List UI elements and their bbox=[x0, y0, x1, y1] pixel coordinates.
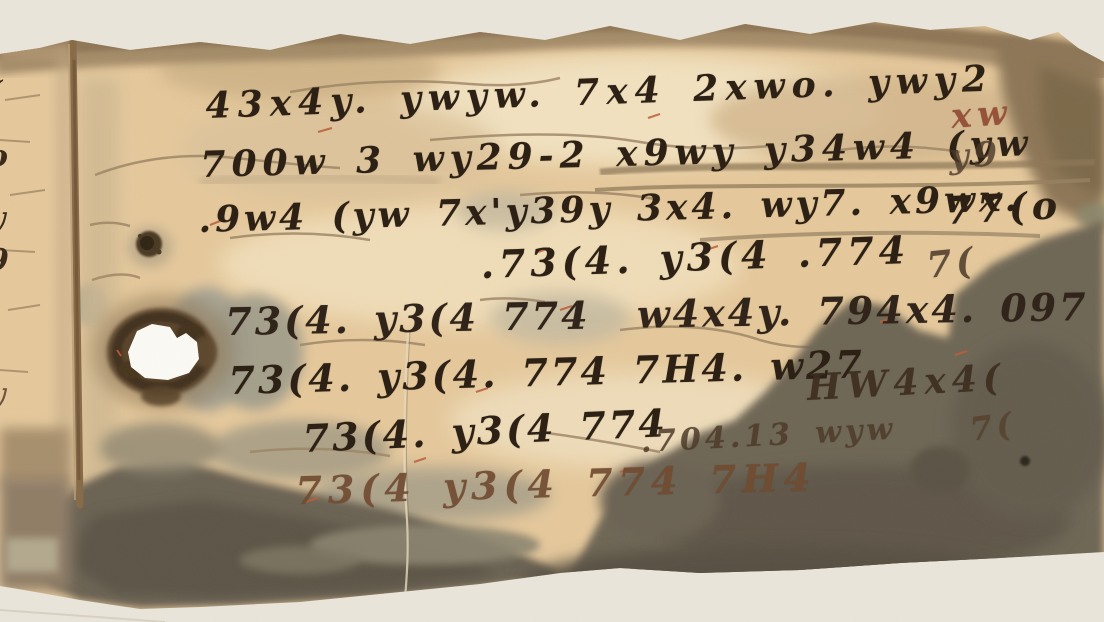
manuscript-scan: ( o y 9 y 43x4y. ywyw. 7x4 2xwo. ywy2 xw… bbox=[0, 0, 1104, 622]
watercolor-artwork bbox=[0, 0, 1104, 622]
paper-grain bbox=[0, 0, 1104, 622]
